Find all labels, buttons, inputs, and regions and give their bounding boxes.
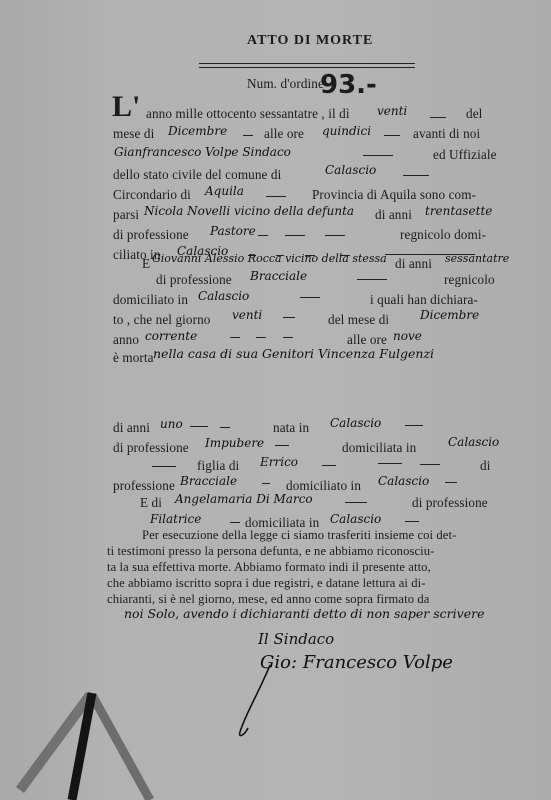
line-6-mid: di anni [375,207,412,223]
fill-dash [152,466,176,467]
line-1-end: del [466,106,482,122]
line-12-mid: del mese di [328,312,389,328]
line-20-profession: Filatrice [150,512,201,526]
line-11-text: domiciliato in [113,292,188,308]
fill-dash [275,445,289,446]
line-2-mid: alle ore [264,126,304,142]
line-9-mid: di anni [395,256,432,272]
fill-dash [430,117,446,118]
line-18-residence: Calascio [378,474,429,488]
line-19-text: E di [140,495,162,511]
fill-dash [266,196,286,197]
fill-dash [384,135,400,136]
fill-dash [322,465,336,466]
drop-cap: L' [112,92,140,122]
fill-dash [405,521,419,522]
line-13-hour: nove [393,329,422,343]
fill-dash [190,426,208,427]
fill-dash [378,463,402,464]
closing-handwritten: noi Solo, avendo i dichiaranti detto di … [124,606,484,621]
line-7-end: regnicolo domi- [400,227,486,243]
line-9-witness2: Giovanni Alessio Rocca vicino della stes… [152,252,387,265]
line-20-residence: Calascio [330,512,381,526]
fill-dash [283,317,295,318]
closing-line-5: chiaranti, si è nel giorno, mese, ed ann… [107,592,429,607]
closing-line-2: ti testimoni presso la persona defunta, … [107,544,434,559]
line-3-end: ed Uffiziale [433,147,497,163]
line-2-hour: quindici [322,124,371,138]
closing-line-4: che abbiamo iscritto sopra i due registr… [107,576,426,591]
line-4-text: dello stato civile del comune di [113,167,281,183]
fill-dash [357,279,387,280]
line-2-text: mese di [113,126,154,142]
fill-dash [283,337,293,338]
line-14-deceased: nella casa di sua Genitori Vincenza Fulg… [153,346,434,361]
line-15-age: uno [160,417,183,431]
death-record-page: ATTO DI MORTE Num. d'ordine 93.- L' anno… [0,0,551,800]
line-10-profession: Bracciale [250,269,307,283]
fill-dash [285,235,305,236]
fill-dash [403,175,429,176]
line-16-mid: domiciliata in [342,440,416,456]
fill-dash [300,297,320,298]
line-14-text: è morta [113,350,154,366]
order-number: 93.- [320,70,377,100]
line-6-witness1: Nicola Novelli vicino della defunta [144,204,354,218]
line-17-text: figlia di [197,458,239,474]
line-5-text: Circondario di [113,187,191,203]
line-3-officer: Gianfrancesco Volpe Sindaco [114,145,291,159]
line-7-profession: Pastore [210,224,256,238]
line-18-profession: Bracciale [180,474,237,488]
line-17-end: di [480,458,490,474]
fill-dash [445,482,457,483]
line-11-end: i quali han dichiara- [370,292,478,308]
line-16-profession: Impubere [205,436,264,450]
document-title: ATTO DI MORTE [247,33,373,49]
line-12-month: Dicembre [420,308,479,322]
line-1-day: venti [377,104,407,118]
signature-title: Il Sindaco [258,630,334,648]
signature-flourish [230,660,290,740]
line-13-year: corrente [145,329,197,343]
line-19-end: di professione [412,495,488,511]
line-1-text: anno mille ottocento sessantatre , il dì [146,106,350,122]
line-17-father: Errico [260,455,298,469]
fill-dash [243,135,253,136]
line-13-text: anno [113,332,139,348]
order-label: Num. d'ordine [247,76,324,92]
closing-line-3: ta la sua effettiva morte. Abbiamo forma… [107,560,431,575]
fill-dash [258,235,268,236]
line-15-text: di anni [113,420,150,436]
title-rule [199,63,415,68]
line-12-text: to , che nel giorno [113,312,210,328]
line-10-text: di professione [156,272,232,288]
fill-dash [256,337,266,338]
fill-dash [363,155,393,156]
line-6-age: trentasette [425,204,492,218]
line-6-text: parsi [113,207,139,223]
line-10-end: regnicolo [444,272,495,288]
fill-dash [230,522,240,523]
line-15-birthplace: Calascio [330,416,381,430]
line-16-text: di professione [113,440,189,456]
fill-dash [220,427,230,428]
fill-dash [325,235,345,236]
line-5-circondario: Aquila [205,184,244,198]
line-15-mid: nata in [273,420,309,436]
line-7-text: di professione [113,227,189,243]
line-2-month: Dicembre [168,124,227,138]
binding-clip-artifact [0,690,180,800]
line-9-text: E [142,256,150,272]
fill-dash [345,502,367,503]
line-16-residence: Calascio [448,435,499,449]
line-11-place: Calascio [198,289,249,303]
closing-line-1: Per esecuzione della legge ci siamo tras… [142,528,456,543]
line-12-day: venti [232,308,262,322]
fill-dash [405,425,423,426]
fill-dash [262,483,270,484]
line-2-end: avanti di noi [413,126,480,142]
line-5-end: Provincia di Aquila sono com- [312,187,476,203]
line-18-text: professione [113,478,175,494]
line-19-mother: Angelamaria Di Marco [175,492,313,506]
line-9-age: sessantatre [445,252,509,265]
line-4-comune: Calascio [325,163,376,177]
fill-dash [230,337,240,338]
fill-dash [420,464,440,465]
